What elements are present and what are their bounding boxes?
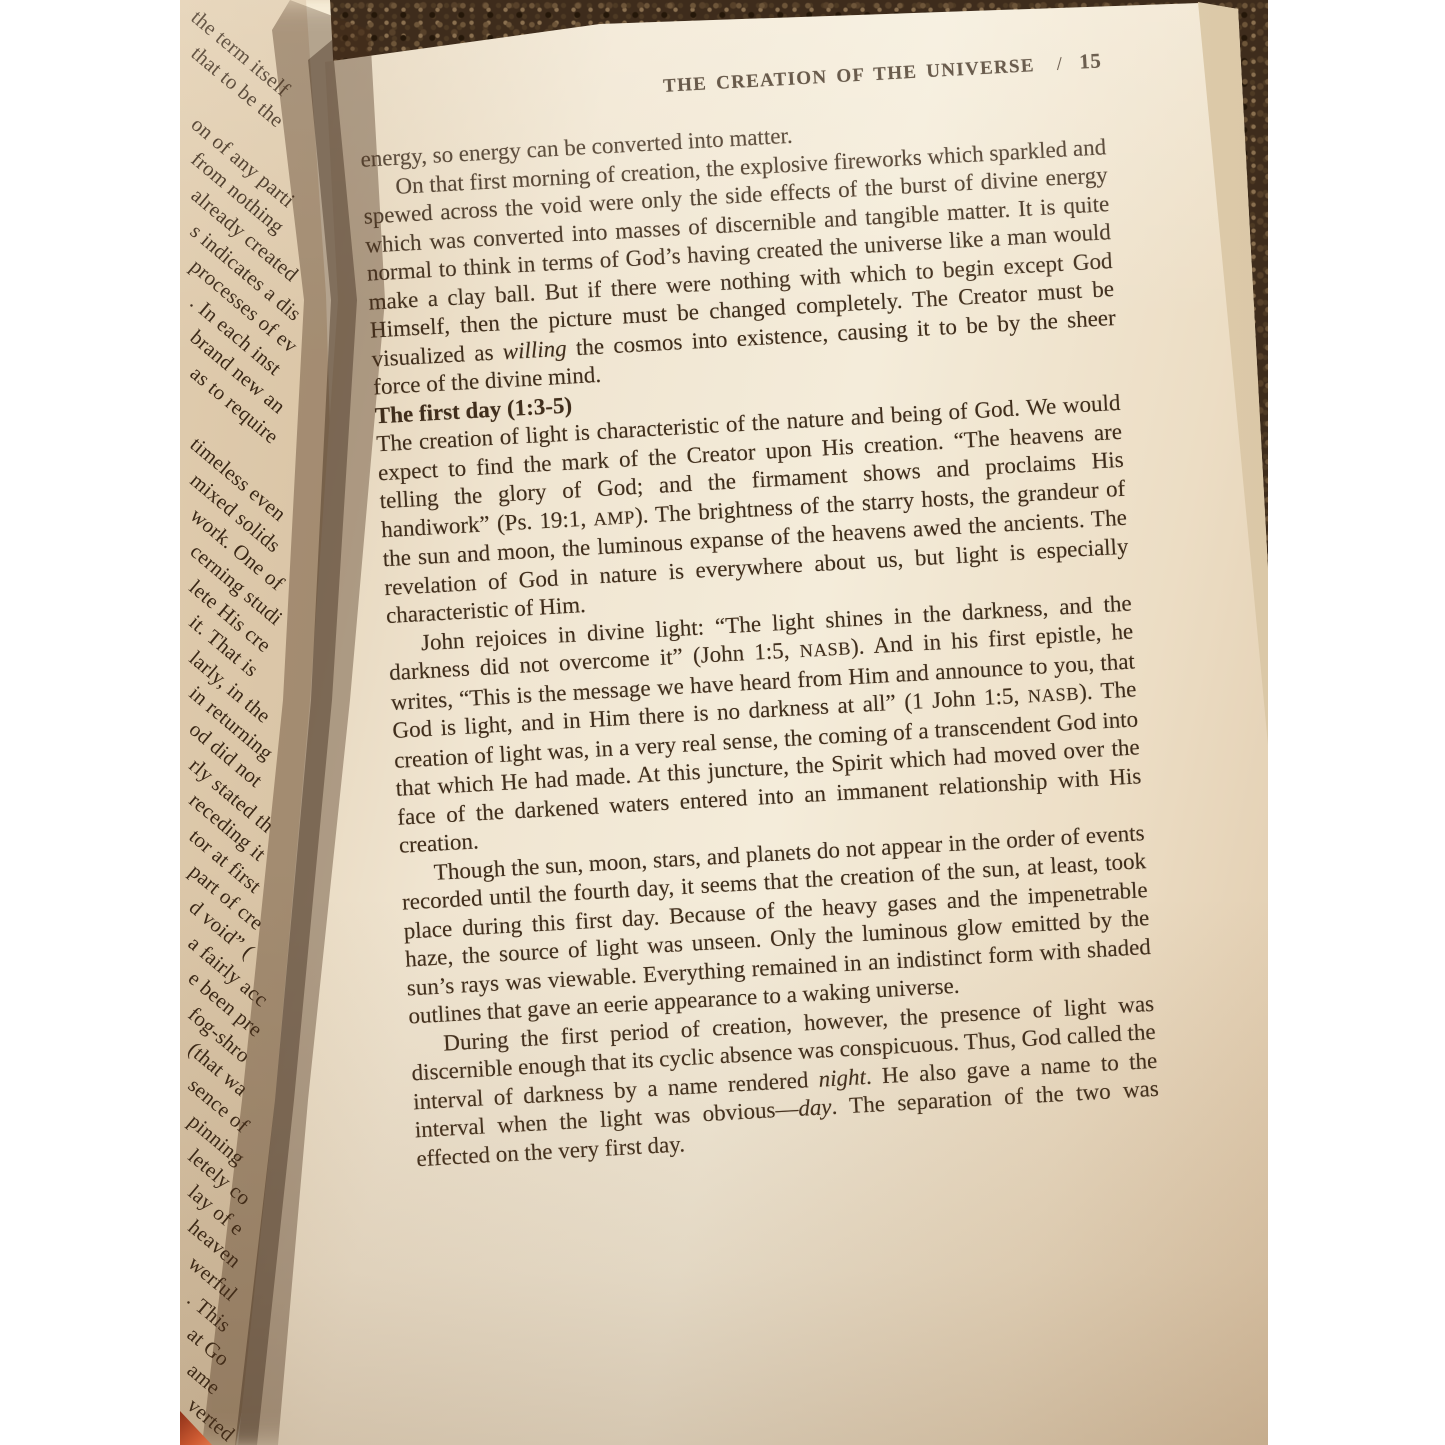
text-segment: The creation of light is characteristic … — [376, 390, 1124, 542]
left-page-fragment: lay of e — [184, 1181, 248, 1239]
page-body: energy, so energy can be converted into … — [360, 104, 1161, 1173]
text-segment: ). And in his first epistle, he writes, … — [390, 618, 1135, 742]
left-page-fragment: mixed solids — [186, 469, 284, 556]
left-page-fragment: letely co — [184, 1146, 255, 1210]
left-page-fragment: od did not — [185, 718, 266, 791]
running-header-title: THE CREATION OF THE UNIVERSE — [663, 55, 1036, 97]
left-page-fragment: timeless even — [186, 434, 290, 526]
left-page-fragment: rly stated th — [185, 754, 277, 836]
text-segment: NASB — [799, 638, 852, 661]
left-page-fragment: receding it — [185, 790, 269, 866]
left-page-fragment: brand new an — [186, 327, 289, 418]
left-page-fragment: it. That is — [186, 612, 263, 681]
left-page-fragment: pinning — [184, 1110, 248, 1169]
left-page-fragment: s indicates a dis — [187, 220, 306, 324]
left-page-fragment: on of any parti — [187, 113, 298, 211]
left-page-fragment: part of cre — [185, 861, 267, 935]
paragraph: John rejoices in divine light: “The ligh… — [387, 589, 1144, 860]
left-page-fragment: already created — [187, 184, 302, 285]
left-page-fragment: . In each inst — [186, 291, 285, 379]
left-page-fragment: . This — [184, 1288, 235, 1336]
text-segment: willing — [502, 335, 567, 364]
left-page-fragment: tor at first — [185, 825, 265, 897]
left-page-fragment: from nothing — [187, 149, 288, 238]
text-segment: ). The creation of light was, in a very … — [393, 676, 1141, 857]
left-page-fragment: at Go — [184, 1324, 234, 1371]
paragraph: The creation of light is characteristic … — [376, 389, 1131, 631]
left-page-fragment: processes of ev — [187, 256, 302, 357]
left-page-fragment: larly, in the — [185, 647, 274, 727]
text-segment: The first day (1:3-5) — [374, 392, 572, 428]
running-header: THE CREATION OF THE UNIVERSE/15 — [357, 48, 1102, 116]
left-page-fragment: e been pre — [185, 968, 267, 1041]
left-page-fragment: werful — [184, 1252, 241, 1304]
text-segment: John rejoices in divine light: “The ligh… — [389, 590, 1133, 685]
paragraph: On that first morning of creation, the e… — [361, 133, 1118, 402]
running-header-separator: / — [1056, 53, 1064, 74]
left-page-fragment: sence of — [184, 1074, 252, 1136]
paragraph: Though the sun, moon, stars, and planets… — [400, 819, 1153, 1031]
section-heading: The first day (1:3-5) — [374, 360, 1119, 430]
text-segment: During the first period of creation, how… — [411, 990, 1156, 1113]
text-segment: the cosmos into existence, causing it to… — [373, 304, 1117, 399]
text-segment: . He also gave a name to the interval wh… — [414, 1047, 1158, 1142]
left-page-fragment: d void” ( — [185, 896, 258, 962]
left-page-fragment: the term itself — [187, 6, 293, 100]
left-page-fragment: fog-shro — [184, 1003, 254, 1066]
text-segment: NASB — [1027, 684, 1080, 707]
text-segment: ). The brightness of the starry hosts, t… — [382, 475, 1129, 628]
text-segment: AMP — [593, 507, 636, 529]
left-page-fragment: as to require — [186, 362, 282, 447]
text-segment: day — [798, 1094, 833, 1121]
text-segment: . The separation of the two was effected… — [416, 1076, 1160, 1171]
text-segment: energy, so energy can be converted into … — [360, 123, 793, 172]
left-page-fragment: in returning — [185, 683, 277, 765]
photo-backdrop: the term itselfthat to be theon of any p… — [0, 0, 1445, 1445]
left-page-fragment: heaven — [184, 1217, 244, 1272]
left-page-fragment: work. One of — [186, 505, 288, 595]
left-page-fragment: that to be the — [187, 42, 287, 131]
left-page-fragment: ame — [183, 1359, 224, 1398]
book-photo: the term itselfthat to be theon of any p… — [180, 0, 1268, 1445]
text-segment: Though the sun, moon, stars, and planets… — [401, 820, 1151, 1029]
left-page-fragment: cerning studi — [186, 540, 286, 629]
left-page-fragment: lete His cre — [186, 576, 276, 656]
left-page-fragment: (that wa — [184, 1039, 252, 1100]
text-segment: On that first morning of creation, the e… — [363, 134, 1115, 371]
left-page-fragment: a fairly acc — [185, 932, 273, 1010]
right-page: THE CREATION OF THE UNIVERSE/15 energy, … — [180, 0, 1268, 1445]
paragraph: During the first period of creation, how… — [409, 989, 1161, 1173]
text-segment: night — [818, 1064, 867, 1092]
paragraph: energy, so energy can be converted into … — [360, 104, 1105, 174]
page-number: 15 — [1079, 48, 1102, 73]
right-page-content: THE CREATION OF THE UNIVERSE/15 energy, … — [355, 18, 1161, 1173]
